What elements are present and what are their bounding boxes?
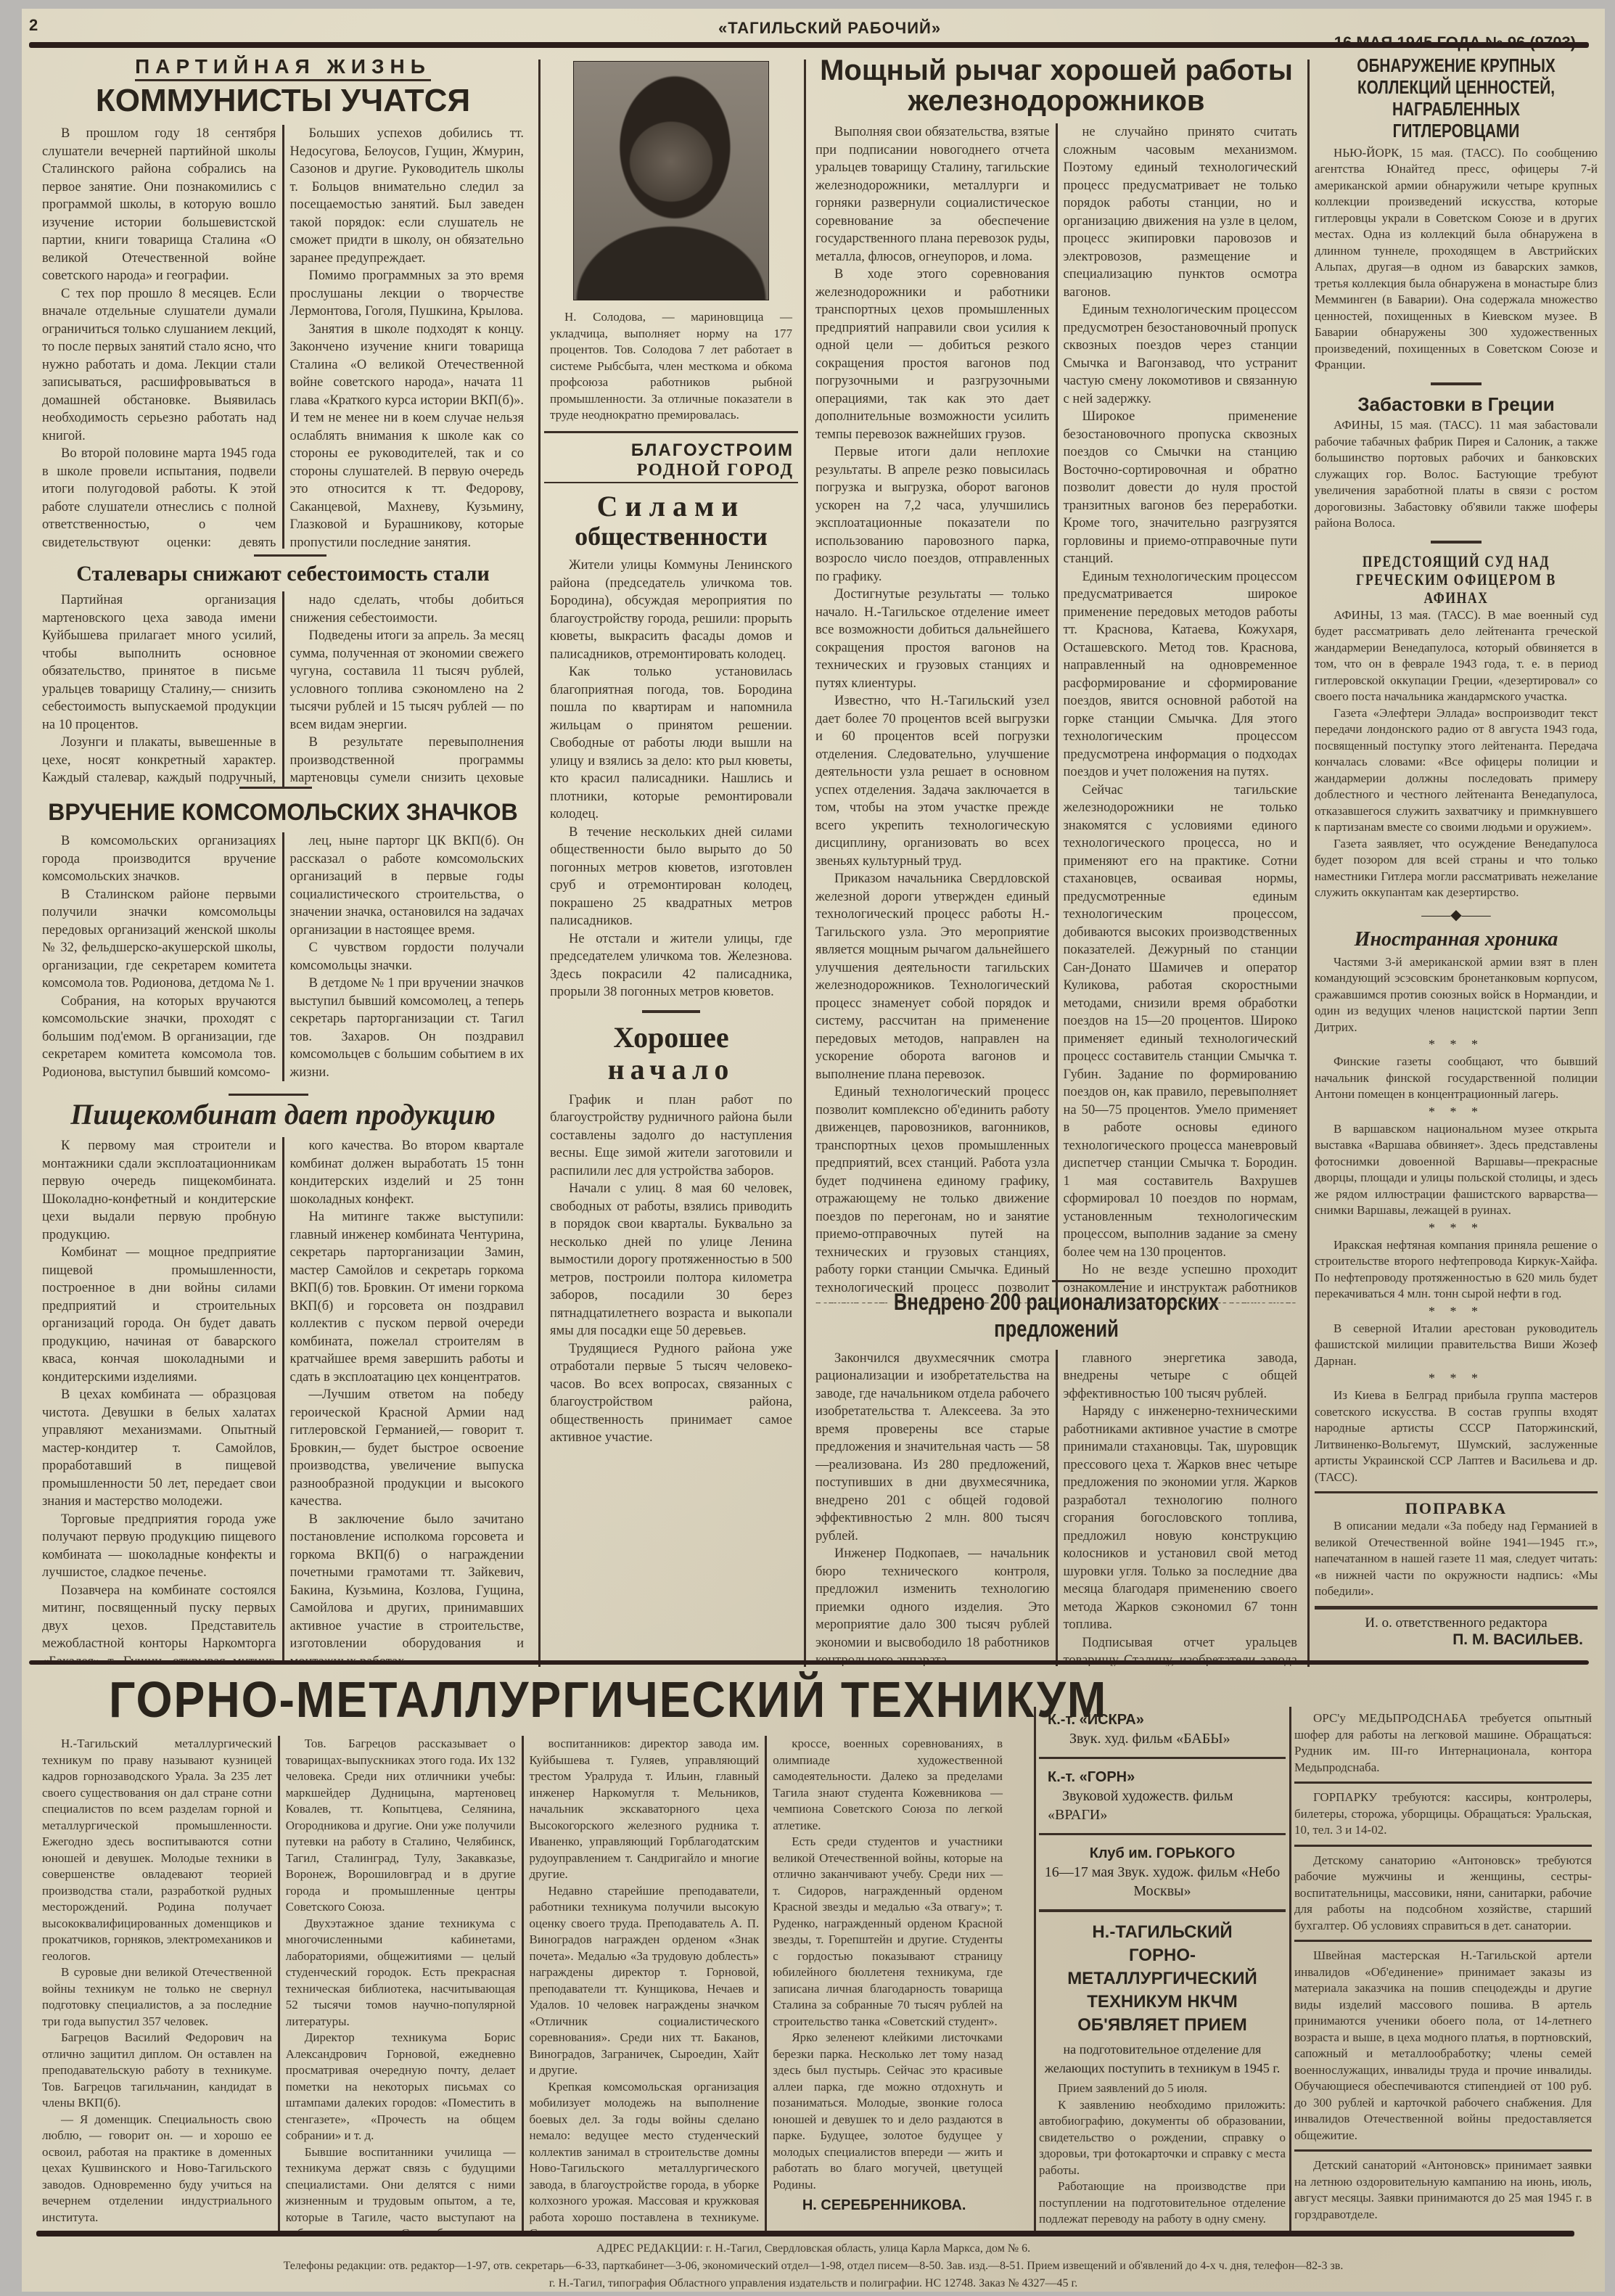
article-title: Мощный рычаг хорошей работы [810, 55, 1303, 86]
separator [254, 554, 326, 557]
paragraph: К первому мая строители и монтажники сда… [42, 1137, 276, 1244]
classified-ad: Детский санаторий «Антоновск» принимает … [1294, 2157, 1592, 2223]
editor-name: П. М. ВАСИЛЬЕВ. [1315, 1631, 1598, 1649]
column-divider [538, 60, 541, 1667]
separator [1431, 541, 1482, 544]
paragraph: Лозунги и плакаты, вывешенные в цехе, но… [42, 734, 276, 787]
masthead: 2 «ТАГИЛЬСКИЙ РАБОЧИЙ» 16 МАЯ 1945 ГОДА … [22, 9, 1605, 60]
chronicle-item: В северной Италии арестован руководитель… [1315, 1321, 1598, 1370]
separator [1431, 382, 1482, 385]
paragraph: В прошлом году 18 сентября слушатели веч… [42, 125, 276, 285]
cinema-film: 16—17 мая Звук. худож. фильм «Небо Москв… [1045, 1864, 1280, 1899]
paragraph: Подведены итоги за апрель. За месяц сумм… [290, 627, 525, 734]
paragraph: Бывшие воспитанники училища — техникума … [286, 2144, 516, 2237]
article-title: Внедрено 200 рационализаторских предложе… [859, 1289, 1254, 1342]
article-column-right: лец, ныне парторг ЦК ВКП(б). Он рассказа… [282, 832, 530, 1081]
separator [1315, 1491, 1598, 1493]
stars-separator: * * * [1315, 1304, 1598, 1319]
paragraph: не случайно принято считать сложным часо… [1064, 123, 1298, 301]
article-column: кроссе, военных соревнованиях, в олимпиа… [765, 1736, 1008, 2236]
article-steelmakers: Сталевары снижают себестоимость стали Па… [36, 562, 530, 787]
chronicle-item: Частями 3-й американской армии взят в пл… [1315, 954, 1598, 1036]
article-title: Пищекомбинат дает продукцию [36, 1097, 530, 1131]
stars-separator: * * * [1315, 1371, 1598, 1386]
classified-ad: ГОРПАРКУ требуются: кассиры, контролеры,… [1294, 1789, 1592, 1839]
paragraph: Недавно старейшие преподаватели, работни… [530, 1883, 760, 2079]
imprint-footer: АДРЕС РЕДАКЦИИ: г. Н.-Тагил, Свердловска… [22, 2240, 1605, 2292]
correction-text: В описании медали «За победу над Германи… [1315, 1518, 1598, 1600]
cinema-film: Звук. худ. фильм «БАБЫ» [1048, 1731, 1230, 1747]
separator [1294, 1940, 1592, 1942]
paragraph: В детдоме № 1 при вручении значков высту… [290, 975, 525, 1081]
article-title: ОБНАРУЖЕНИЕ КРУПНЫХ КОЛЛЕКЦИЙ ЦЕННОСТЕЙ,… [1343, 55, 1569, 142]
paragraph: Ярко зеленеют клейкими листочками березк… [773, 2030, 1003, 2193]
admission-subtitle: на подготовительное отделение для желающ… [1039, 2040, 1286, 2078]
section-rule [29, 1660, 1589, 1665]
article-title: ПРЕДСТОЯЩИЙ СУД НАД ГРЕЧЕСКИМ ОФИЦЕРОМ В… [1343, 552, 1569, 607]
article-column: Н.-Тагильский металлургический техникум … [36, 1736, 278, 2236]
paragraph: Первые итоги дали неплохие результаты. В… [815, 443, 1050, 586]
column-divider [804, 60, 806, 1667]
paragraph: Работающие на производстве при поступлен… [1039, 2178, 1286, 2228]
diamond-ornament: ——◆—— [1315, 906, 1598, 924]
paragraph: —Лучшим ответом на победу героической Кр… [290, 1386, 525, 1511]
paragraph: лец, ныне парторг ЦК ВКП(б). Он рассказа… [290, 832, 525, 939]
cinema-ad-iskra: К.-т. «ИСКРА» Звук. худ. фильм «БАБЫ» [1039, 1710, 1286, 1748]
article-column-right: кого качества. Во втором квартале комбин… [282, 1137, 530, 1663]
paragraph: Газета заявляет, что осуждение Венедапул… [1315, 836, 1598, 901]
article-good-start: График и план работ по благоустройству р… [544, 1091, 798, 1447]
classified-ads: ОРС'у МЕДЬПРОДСНАБА требуется опытный шо… [1294, 1710, 1592, 2236]
classified-ad: Детскому санаторию «Антоновск» требуются… [1294, 1853, 1592, 1935]
paragraph: К заявлению необходимо приложить: автоби… [1039, 2097, 1286, 2179]
paragraph: В цехах комбината — образцовая чистота. … [42, 1386, 276, 1511]
paragraph: Не отстали и жители улицы, где председат… [550, 930, 792, 1001]
column-4-foreign-news: ОБНАРУЖЕНИЕ КРУПНЫХ КОЛЛЕКЦИЙ ЦЕННОСТЕЙ,… [1315, 55, 1598, 1666]
chronicle-item: Из Киева в Белград прибыла группа мастер… [1315, 1387, 1598, 1485]
classified-ad: Швейная мастерская Н.-Тагильской артели … [1294, 1948, 1592, 2144]
page-number: 2 [29, 16, 38, 35]
article-column-right: не случайно принято считать сложным часо… [1056, 123, 1304, 1303]
column-divider [1034, 1707, 1036, 2236]
separator [1039, 1909, 1286, 1912]
paragraph: Партийная организация мартеновского цеха… [42, 591, 276, 734]
newspaper-name: «ТАГИЛЬСКИЙ РАБОЧИЙ» [718, 19, 941, 38]
article-greek-strikes: АФИНЫ, 15 мая. (ТАСС). 11 мая забастовал… [1315, 417, 1598, 532]
article-civic-forces: Жители улицы Коммуны Ленинского района (… [544, 557, 798, 1001]
printing-info: г. Н.-Тагил, типография Областного управ… [22, 2275, 1605, 2292]
column-divider [1289, 1707, 1291, 2236]
editorial-address: АДРЕС РЕДАКЦИИ: г. Н.-Тагил, Свердловска… [22, 2240, 1605, 2258]
article-title: железнодорожников [810, 86, 1303, 116]
paragraph: С тех пор прошло 8 месяцев. Если вначале… [42, 285, 276, 446]
paragraph: Тов. Багрецов рассказывает о товарищах-в… [286, 1736, 516, 1916]
correction-title: ПОПРАВКА [1315, 1499, 1598, 1518]
separator [1294, 1782, 1592, 1784]
portrait-photo [573, 61, 769, 300]
paragraph: кроссе, военных соревнованиях, в олимпиа… [773, 1736, 1003, 1834]
article-title: Забастовки в Греции [1315, 394, 1598, 415]
article-column-right: Больших успехов добились тт. Недосугова,… [282, 125, 530, 549]
paragraph: График и план работ по благоустройству р… [550, 1091, 792, 1181]
rubric-home-town: РОДНОЙ ГОРОД [544, 461, 798, 483]
footer-rule [36, 2231, 1574, 2236]
separator [229, 1094, 308, 1096]
separator [1052, 1280, 1125, 1282]
paragraph: Начали с улиц. 8 мая 60 человек, свободн… [550, 1180, 792, 1340]
paragraph: В результате перевыполнения производстве… [290, 734, 525, 787]
paragraph: Сейчас тагильские железнодорожники не то… [1064, 782, 1298, 1262]
stars-separator: * * * [1315, 1104, 1598, 1120]
stars-separator: * * * [1315, 1037, 1598, 1052]
article-column-left: Партийная организация мартеновского цеха… [36, 591, 282, 787]
paragraph: надо сделать, чтобы добиться снижения се… [290, 591, 525, 627]
separator [1315, 1606, 1598, 1610]
paragraph: Багрецов Василий Федорович на отлично за… [42, 2030, 272, 2112]
feature-title: ГОРНО-МЕТАЛЛУРГИЧЕСКИЙ ТЕХНИКУМ [109, 1670, 1107, 1729]
photo-caption: Н. Солодова, — мариновщица — укладчица, … [544, 309, 798, 424]
masthead-rule [29, 42, 1589, 48]
chronicle-item: В варшавском национальном музее открыта … [1315, 1121, 1598, 1219]
article-title: Силами [544, 491, 798, 522]
cinema-ad-gorky-club: Клуб им. ГОРЬКОГО 16—17 мая Звук. худож.… [1039, 1844, 1286, 1901]
separator [1294, 1845, 1592, 1847]
editor-title: И. о. ответственного редактора [1315, 1615, 1598, 1631]
article-column: Тов. Багрецов рассказывает о товарищах-в… [278, 1736, 522, 2236]
chronicle-title: Иностранная хроника [1315, 928, 1598, 951]
article-column-left: В комсомольских организациях города прои… [36, 832, 282, 1081]
newspaper-page: 2 «ТАГИЛЬСКИЙ РАБОЧИЙ» 16 МАЯ 1945 ГОДА … [22, 9, 1605, 2292]
paragraph: Единый технологический процесс позволит … [815, 1083, 1050, 1303]
paragraph: Жители улицы Коммуны Ленинского района (… [550, 557, 792, 663]
editorial-phones: Телефоны редакции: отв. редактор—1-97, о… [22, 2258, 1605, 2275]
cinema-ad-gorn: К.-т. «ГОРН» Звуковой художеств. фильм «… [1039, 1768, 1286, 1824]
cinema-venue: Клуб им. ГОРЬКОГО [1090, 1845, 1236, 1861]
article-column-left: К первому мая строители и монтажники сда… [36, 1137, 282, 1663]
article-column-left: Закончился двухмесячник смотра рационали… [810, 1350, 1056, 1666]
article-column-left: Выполняя свои обязательства, взятые при … [810, 123, 1056, 1303]
separator [544, 431, 798, 433]
paragraph: Широкое применение безостановочного проп… [1064, 408, 1298, 568]
paragraph: Закончился двухмесячник смотра рационали… [815, 1350, 1050, 1546]
paragraph: Прием заявлений до 5 июля. [1039, 2080, 1286, 2097]
paragraph: На митинге также выступили: главный инже… [290, 1208, 525, 1386]
paragraph: В комсомольских организациях города прои… [42, 832, 276, 886]
admission-title: ТЕХНИКУМ НКЧМ [1039, 1990, 1286, 2014]
article-title: Сталевары снижают себестоимость стали [36, 562, 530, 586]
paragraph: Как только установилась благоприятная по… [550, 663, 792, 824]
separator [1039, 1757, 1286, 1759]
column-2: Н. Солодова, — мариновщица — укладчица, … [544, 55, 798, 1666]
chronicle-item: Иракская нефтяная компания приняла решен… [1315, 1237, 1598, 1303]
paragraph: Занятия в школе подходят к концу. Законч… [290, 321, 525, 549]
paragraph: Во второй половине марта 1945 года в шко… [42, 445, 276, 549]
ads-cinema-admission: К.-т. «ИСКРА» Звук. худ. фильм «БАБЫ» К.… [1039, 1710, 1286, 2236]
rubric-improve: БЛАГОУСТРОИМ [544, 440, 798, 461]
separator [239, 787, 312, 789]
article-rationalization: Внедрено 200 рационализаторских предложе… [810, 1289, 1303, 1666]
paragraph: Больших успехов добились тт. Недосугова,… [290, 125, 525, 267]
paragraph: Единым технологическим процессом предусм… [1064, 301, 1298, 408]
cinema-venue: К.-т. «ГОРН» [1048, 1769, 1135, 1785]
paragraph: Позавчера на комбинате состоялся митинг,… [42, 1582, 276, 1664]
admission-title: ОБ'ЯВЛЯЕТ ПРИЕМ [1039, 2014, 1286, 2037]
paragraph: Инженер Подкопаев, — начальник бюро техн… [815, 1545, 1050, 1666]
article-food-plant: Пищекомбинат дает продукцию К первому ма… [36, 1097, 530, 1663]
paragraph: Комбинат — мощное предприятие пищевой пр… [42, 1244, 276, 1386]
chronicle-item: Финские газеты сообщают, что бывший нача… [1315, 1054, 1598, 1103]
article-column: воспитанников: директор завода им. Куйбы… [522, 1736, 765, 2236]
article-column-left: В прошлом году 18 сентября слушатели веч… [36, 125, 282, 549]
article-komsomol-badges: ВРУЧЕНИЕ КОМСОМОЛЬСКИХ ЗНАЧКОВ В комсомо… [36, 800, 530, 1090]
article-title: ВРУЧЕНИЕ КОМСОМОЛЬСКИХ ЗНАЧКОВ [36, 800, 530, 825]
article-title: Хорошее [544, 1022, 798, 1054]
article-title: начало [544, 1054, 798, 1086]
paragraph: Помимо программных за это время прослуша… [290, 267, 525, 321]
paragraph: Наряду с инженерно-техническими работник… [1064, 1403, 1298, 1634]
paragraph: В течение нескольких дней силами обществ… [550, 824, 792, 930]
paragraph: Крепкая комсомольская организация мобили… [530, 2079, 760, 2237]
cinema-venue: К.-т. «ИСКРА» [1048, 1712, 1144, 1728]
article-technikum: Н.-Тагильский металлургический техникум … [36, 1736, 1008, 2236]
paragraph: Достигнутые результаты — только начало. … [815, 586, 1050, 692]
paragraph: — Я доменщик. Специальность свою люблю, … [42, 2112, 272, 2226]
article-column-right: главного энергетика завода, внедрены чет… [1056, 1350, 1304, 1666]
article-looted-collections: НЬЮ-ЙОРК, 15 мая. (ТАСС). По сообщению а… [1315, 145, 1598, 374]
paragraph: Единым технологическим процессом предусм… [1064, 568, 1298, 782]
paragraph: главного энергетика завода, внедрены чет… [1064, 1350, 1298, 1403]
paragraph: Выполняя свои обязательства, взятые при … [815, 123, 1050, 266]
paragraph: С чувством гордости получали комсомольцы… [290, 939, 525, 975]
article-title: КОММУНИСТЫ УЧАТСЯ [36, 84, 530, 118]
paragraph: Есть среди студентов и участники великой… [773, 1834, 1003, 2030]
paragraph: кого качества. Во втором квартале комбин… [290, 1137, 525, 1208]
paragraph: В заключение было зачитано постановление… [290, 1511, 525, 1664]
classified-ad: ОРС'у МЕДЬПРОДСНАБА требуется опытный шо… [1294, 1710, 1592, 1776]
paragraph: Директор техникума Борис Александрович Г… [286, 2030, 516, 2144]
paragraph: Собрания, на которых вручаются комсомоль… [42, 993, 276, 1082]
paragraph: Двухэтажное здание техникума с многочисл… [286, 1916, 516, 2030]
paragraph: В суровые дни великой Отечественной войн… [42, 1964, 272, 2030]
paragraph: Торговые предприятия города уже получают… [42, 1511, 276, 1582]
separator [1294, 2149, 1592, 2152]
admission-title: Н.-ТАГИЛЬСКИЙ [1039, 1921, 1286, 1944]
author-signature: Н. СЕРЕБРЕННИКОВА. [773, 2197, 1003, 2214]
article-column-right: надо сделать, чтобы добиться снижения се… [282, 591, 530, 787]
paragraph: воспитанников: директор завода им. Куйбы… [530, 1736, 760, 1883]
admission-title: ГОРНО-МЕТАЛЛУРГИЧЕСКИЙ [1039, 1944, 1286, 1990]
separator [642, 1010, 700, 1013]
stars-separator: * * * [1315, 1221, 1598, 1236]
paragraph: Известно, что Н.-Тагильский узел дает бо… [815, 692, 1050, 870]
paragraph: АФИНЫ, 13 мая. (ТАСС). В мае военный суд… [1315, 607, 1598, 705]
rubric-party-life: ПАРТИЙНАЯ ЖИЗНЬ [36, 55, 530, 78]
article-title: общественности [544, 522, 798, 552]
column-divider [1307, 60, 1310, 1667]
paragraph: Приказом начальника Свердловской железно… [815, 870, 1050, 1083]
paragraph: Н.-Тагильский металлургический техникум … [42, 1736, 272, 1964]
paragraph: В Сталинском районе первыми получили зна… [42, 886, 276, 993]
paragraph: Трудящиеся Рудного района уже отработали… [550, 1340, 792, 1447]
cinema-film: Звуковой художеств. фильм «ВРАГИ» [1048, 1788, 1233, 1823]
paragraph: Газета «Элефтери Эллада» воспроизводит т… [1315, 705, 1598, 836]
article-railway-lever: Мощный рычаг хорошей работы железнодорож… [810, 55, 1303, 1303]
article-communists-study: ПАРТИЙНАЯ ЖИЗНЬ КОММУНИСТЫ УЧАТСЯ В прош… [36, 55, 530, 549]
separator [1039, 1833, 1286, 1835]
paragraph: В ходе этого соревнования железнодорожни… [815, 266, 1050, 443]
